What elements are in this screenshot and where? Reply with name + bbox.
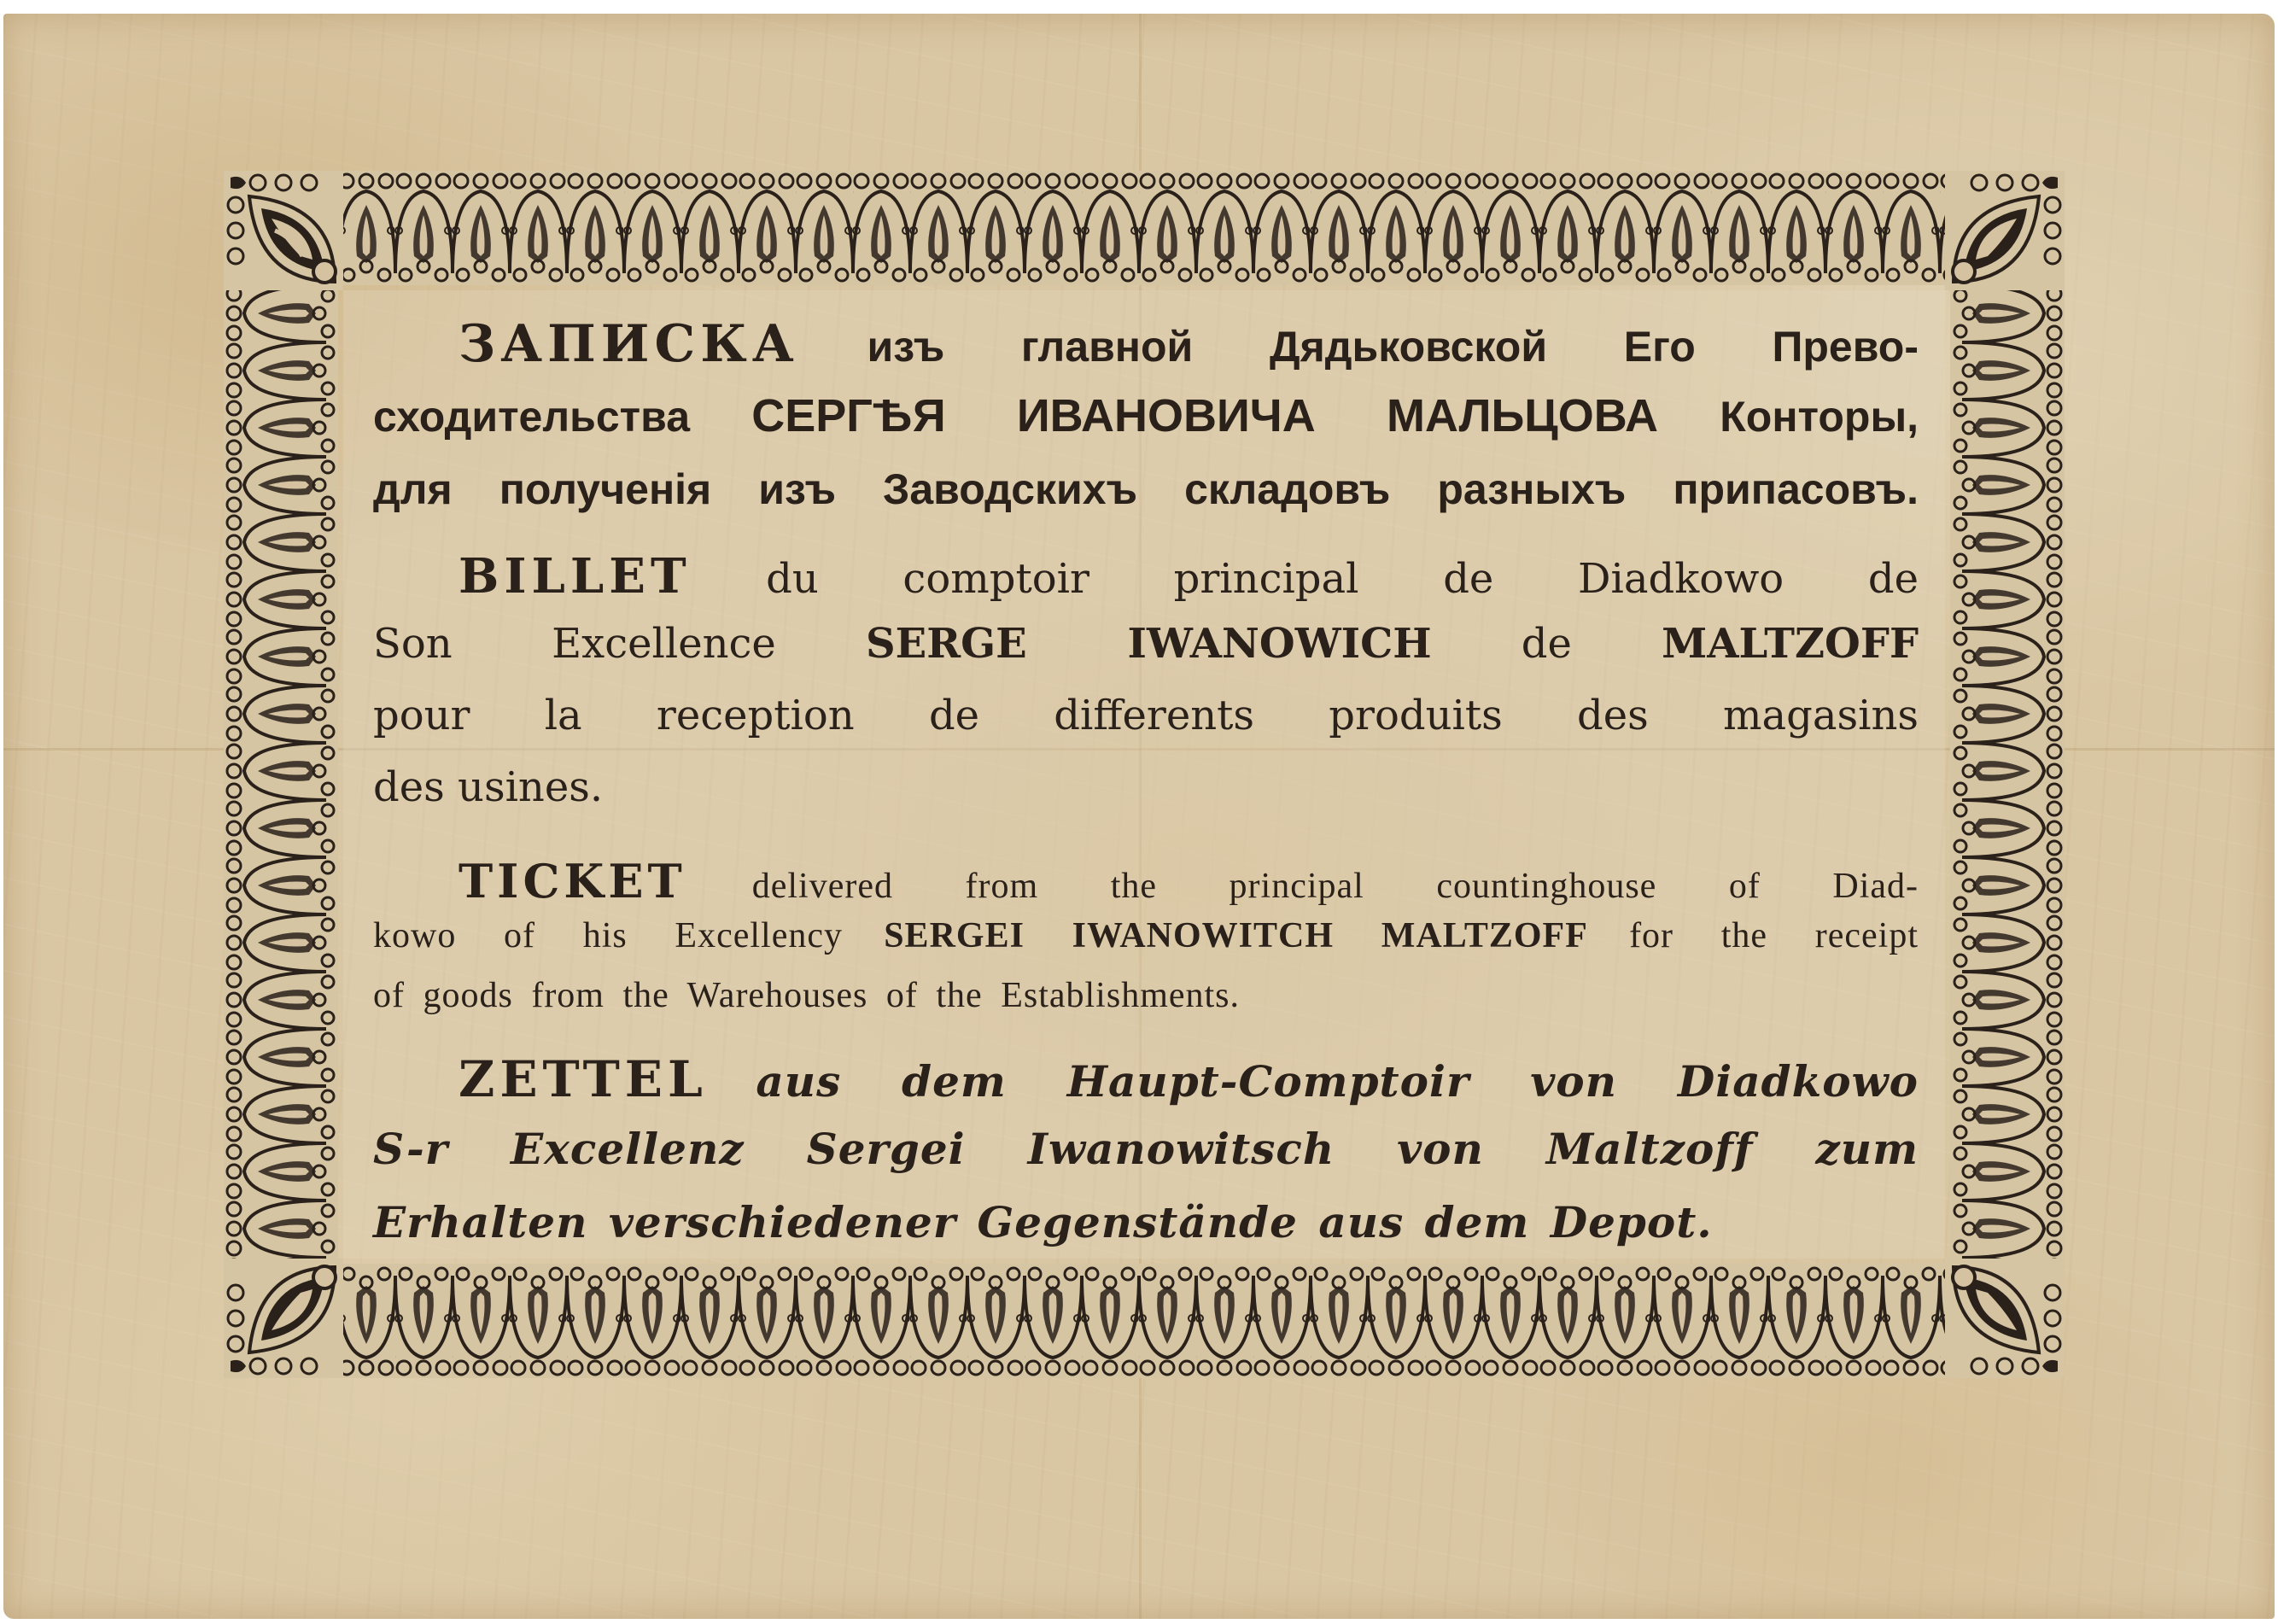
english-name: SERGEI IWANOWITCH MALTZOFF: [884, 916, 1588, 955]
palmette-corner-icon: [1945, 171, 2065, 290]
english-text: delivered from the principal countinghou…: [752, 867, 1919, 906]
german-text: aus dem Haupt-Comptoir von Diadkowo: [756, 1056, 1919, 1107]
english-text: for the receipt: [1629, 916, 1919, 955]
palmette-corner-icon: [224, 1259, 343, 1378]
french-line-3: pour la reception de differents produits…: [373, 692, 1919, 739]
russian-heading: ЗАПИСКА: [459, 314, 799, 374]
english-line-1: TICKET delivered from the principal coun…: [373, 854, 1919, 908]
french-line-4: des usines.: [373, 763, 1919, 811]
french-text: du comptoir principal de Diadkowo de: [766, 555, 1919, 603]
russian-text: Конторы,: [1720, 393, 1919, 441]
russian-text: изъ главной Дядьковской Его Прево-: [867, 323, 1919, 371]
german-line-1: ZETTEL aus dem Haupt-Comptoir von Diadko…: [373, 1050, 1919, 1108]
russian-line-3: для полученія изъ Заводскихъ складовъ ра…: [373, 464, 1919, 514]
german-text: S-r Excellenz Sergei Iwanowitsch von Mal…: [373, 1124, 1919, 1174]
french-line-2: Son Excellence SERGE IWANOWICH de MALTZO…: [373, 620, 1919, 668]
french-text: de: [1522, 620, 1572, 668]
german-line-3: Erhalten verschiedener Gegenstände aus d…: [373, 1197, 1919, 1247]
frame-top-border: [224, 171, 2065, 285]
russian-text: для полученія изъ Заводскихъ складовъ ра…: [373, 465, 1919, 513]
frame-right-border: [1950, 171, 2065, 1378]
russian-name: СЕРГѢЯ ИВАНОВИЧА МАЛЬЦОВА: [751, 390, 1658, 441]
palmette-corner-icon: [224, 171, 343, 290]
french-heading: BILLET: [459, 548, 692, 605]
german-line-2: S-r Excellenz Sergei Iwanowitsch von Mal…: [373, 1124, 1919, 1174]
english-text: of goods from the Warehouses of the Esta…: [373, 976, 1240, 1015]
german-heading: ZETTEL: [459, 1050, 708, 1108]
french-name: SERGE IWANOWICH: [866, 620, 1432, 668]
french-text: pour la reception de differents produits…: [373, 692, 1919, 739]
arch-pattern-icon: [224, 171, 338, 1378]
english-line-3: of goods from the Warehouses of the Esta…: [373, 975, 1919, 1016]
french-line-1: BILLET du comptoir principal de Diadkowo…: [373, 548, 1919, 605]
french-text: des usines.: [373, 763, 603, 811]
french-text: Son Excellence: [373, 620, 776, 668]
frame-bottom-border: [224, 1264, 2065, 1378]
english-line-2: kowo of his Excellency SERGEI IWANOWITCH…: [373, 915, 1919, 956]
english-heading: TICKET: [459, 854, 686, 908]
arch-pattern-icon: [1950, 171, 2065, 1378]
arch-pattern-icon: [224, 1264, 2065, 1378]
palmette-corner-icon: [1945, 1259, 2065, 1378]
french-surname: MALTZOFF: [1662, 620, 1919, 668]
russian-text: сходительства: [373, 393, 690, 441]
german-text: Erhalten verschiedener Gegenstände aus d…: [373, 1197, 1713, 1247]
russian-line-1: ЗАПИСКА изъ главной Дядьковской Его Прев…: [373, 314, 1919, 374]
frame-left-border: [224, 171, 338, 1378]
russian-line-2: сходительства СЕРГѢЯ ИВАНОВИЧА МАЛЬЦОВА …: [373, 389, 1919, 442]
english-text: kowo of his Excellency: [373, 916, 843, 955]
arch-pattern-icon: [224, 171, 2065, 285]
